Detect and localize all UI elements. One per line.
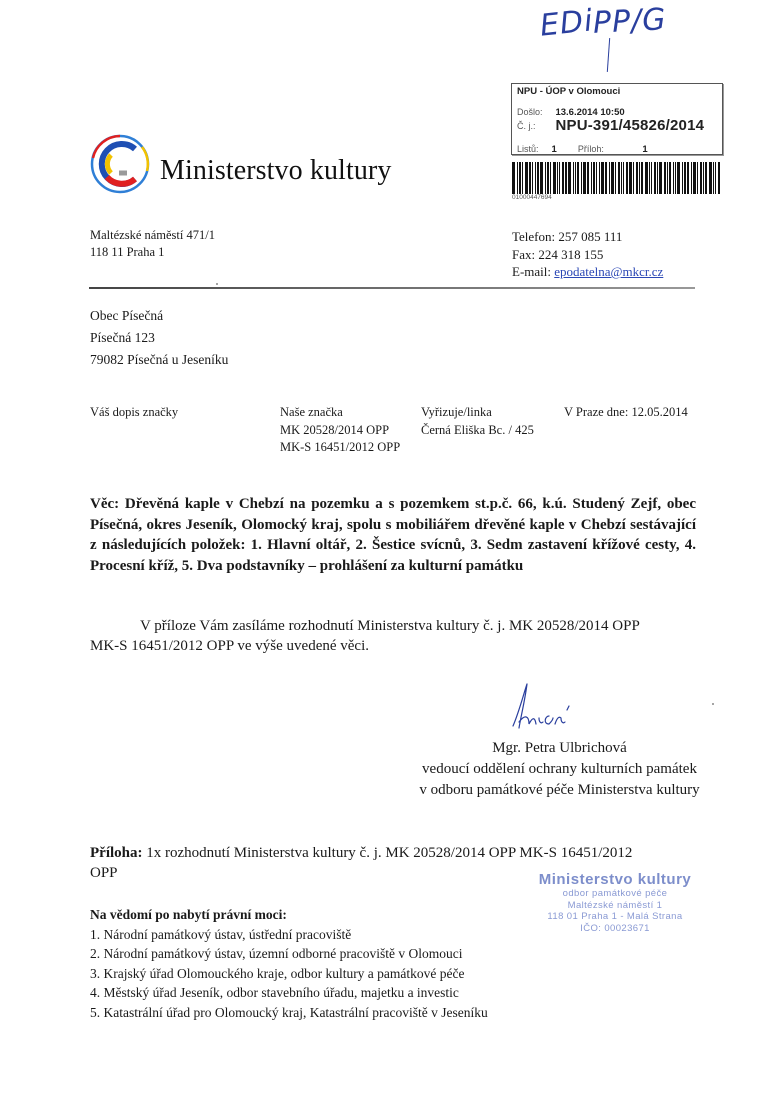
barcode-bar [697, 162, 698, 194]
barcode-bar [601, 162, 604, 194]
barcode-bar [654, 162, 656, 194]
email-row: E-mail: epodatelna@mkcr.cz [512, 263, 663, 281]
our-ref-1: MK 20528/2014 OPP [280, 422, 400, 440]
our-ref-label: Naše značka [280, 404, 400, 422]
email-link[interactable]: epodatelna@mkcr.cz [554, 264, 663, 279]
your-ref-label: Váš dopis značky [90, 404, 178, 422]
cc-list: Na vědomí po nabytí právní moci: 1. Náro… [90, 905, 488, 1022]
barcode-bar [573, 162, 574, 194]
handwritten-signature [505, 682, 575, 732]
header-divider [89, 287, 695, 289]
barcode-bar [596, 162, 597, 194]
barcode-bar [575, 162, 576, 194]
sender-address-line2: 118 11 Praha 1 [90, 244, 215, 261]
barcode-bar [664, 162, 666, 194]
subject: Věc: Dřevěná kaple v Chebzí na pozemku a… [90, 494, 696, 576]
fax: Fax: 224 318 155 [512, 246, 663, 264]
barcode-bar [547, 162, 549, 194]
email-label: E-mail: [512, 264, 554, 279]
registry-stamp: NPU - ÚOP v Olomouci Došlo: 13.6.2014 10… [511, 83, 723, 155]
cc-title: Na vědomí po nabytí právní moci: [90, 905, 488, 925]
cc-item: 3. Krajský úřad Olomouckého kraje, odbor… [90, 964, 488, 984]
barcode-bar [629, 162, 632, 194]
barcode-bar [540, 162, 543, 194]
barcode-bar [673, 162, 674, 194]
barcode-bar [718, 162, 720, 194]
stamp-attachments-label: Příloh: [578, 144, 638, 154]
stamp-sheets-value: 1 [551, 144, 573, 155]
barcode-bar [700, 162, 702, 194]
barcode-bar [675, 162, 676, 194]
barcode-bar [545, 162, 546, 194]
cc-item: 1. Národní památkový ústav, ústřední pra… [90, 925, 488, 945]
barcode-bar [583, 162, 586, 194]
barcode-number: 01000447694 [512, 194, 552, 201]
body-text: V příloze Vám zasíláme rozhodnutí Minist… [90, 616, 690, 656]
sender-address-line1: Maltézské náměstí 471/1 [90, 227, 215, 244]
barcode-bar [667, 162, 668, 194]
cc-item: 5. Katastrální úřad pro Olomoucký kraj, … [90, 1003, 488, 1023]
barcode-bar [715, 162, 716, 194]
recipient-line2: Písečná 123 [90, 327, 228, 349]
barcode-bar [693, 162, 696, 194]
barcode-bar [621, 162, 622, 194]
barcode-bar [633, 162, 634, 194]
ministry-name: Ministerstvo kultury [160, 155, 391, 187]
barcode-bar [522, 162, 523, 194]
barcode-bar [517, 162, 518, 194]
handled-by-value: Černá Eliška Bc. / 425 [421, 422, 534, 440]
barcode-bar [519, 162, 521, 194]
handwritten-note-initials: EDi [538, 3, 595, 43]
barcode-bar [684, 162, 686, 194]
dept-stamp-line1: odbor památkové péče [515, 888, 715, 900]
barcode-bar [605, 162, 607, 194]
dept-stamp-line2: Maltézské náměstí 1 [515, 900, 715, 912]
barcode-bar [532, 162, 533, 194]
barcode-bar [591, 162, 592, 194]
phone: Telefon: 257 085 111 [512, 228, 663, 246]
department-stamp: Ministerstvo kultury odbor památkové péč… [515, 871, 715, 934]
barcode-bar [618, 162, 620, 194]
ministry-logo-icon [89, 133, 151, 195]
attachment-label: Příloha: [90, 845, 143, 861]
our-ref-2: MK-S 16451/2012 OPP [280, 439, 400, 457]
dept-stamp-title: Ministerstvo kultury [515, 871, 715, 888]
letter-date: V Praze dne: 12.05.2014 [564, 404, 688, 422]
sender-address: Maltézské náměstí 471/1 118 11 Praha 1 [90, 227, 215, 261]
barcode-bar [581, 162, 582, 194]
stamp-ref-row: Č. j.: NPU-391/45826/2014 [517, 117, 704, 135]
recipient-line3: 79082 Písečná u Jeseníku [90, 349, 228, 371]
stamp-received-label: Došlo: [517, 107, 551, 117]
barcode-bar [587, 162, 589, 194]
scan-speck [712, 703, 714, 705]
barcode-bar [645, 162, 648, 194]
barcode-bar [512, 162, 515, 194]
barcode-bar [577, 162, 579, 194]
barcode-bar [659, 162, 662, 194]
barcode [512, 162, 722, 194]
barcode-bar [687, 162, 689, 194]
handled-by: Vyřizuje/linka Černá Eliška Bc. / 425 [421, 404, 534, 439]
barcode-bar [677, 162, 680, 194]
handwritten-note-department: PP/G [592, 2, 667, 41]
barcode-bar [557, 162, 558, 194]
barcode-bar [636, 162, 638, 194]
dept-stamp-line3: 118 01 Praha 1 - Malá Strana [515, 911, 715, 923]
barcode-bar [626, 162, 628, 194]
barcode-bar [691, 162, 692, 194]
body-line2: MK-S 16451/2012 OPP ve výše uvedené věci… [90, 636, 690, 656]
barcode-bar [609, 162, 610, 194]
barcode-bar [550, 162, 551, 194]
barcode-bar [615, 162, 616, 194]
our-ref: Naše značka MK 20528/2014 OPP MK-S 16451… [280, 404, 400, 457]
barcode-bar [537, 162, 539, 194]
body-line1: V příloze Vám zasíláme rozhodnutí Minist… [140, 618, 640, 634]
barcode-bar [713, 162, 714, 194]
barcode-bar [669, 162, 671, 194]
barcode-bar [535, 162, 536, 194]
barcode-bar [649, 162, 650, 194]
barcode-bar [709, 162, 712, 194]
barcode-bar [559, 162, 560, 194]
barcode-bar [639, 162, 640, 194]
stamp-sheets-label: Listů: [517, 144, 547, 154]
barcode-bar [553, 162, 556, 194]
contact-info: Telefon: 257 085 111 Fax: 224 318 155 E-… [512, 228, 663, 281]
signature-block: Mgr. Petra Ulbrichová vedoucí oddělení o… [372, 738, 747, 801]
dept-stamp-line4: IČO: 00023671 [515, 923, 715, 935]
barcode-bar [641, 162, 643, 194]
barcode-bar [593, 162, 595, 194]
recipient-address: Obec Písečná Písečná 123 79082 Písečná u… [90, 305, 228, 371]
barcode-bar [651, 162, 652, 194]
signer-title-1: vedoucí oddělení ochrany kulturních pamá… [372, 759, 747, 780]
barcode-bar [568, 162, 571, 194]
barcode-bar [623, 162, 624, 194]
stamp-ref-value: NPU-391/45826/2014 [555, 117, 704, 134]
cc-item: 4. Městský úřad Jeseník, odbor stavebníh… [90, 983, 488, 1003]
stamp-sheets-row: Listů: 1 Příloh: 1 [517, 139, 648, 157]
signer-name: Mgr. Petra Ulbrichová [372, 738, 747, 759]
barcode-bar [657, 162, 658, 194]
signer-title-2: v odboru památkové péče Ministerstva kul… [372, 780, 747, 801]
stamp-ref-label: Č. j.: [517, 121, 551, 131]
barcode-bar [599, 162, 600, 194]
stamp-organization: NPU - ÚOP v Olomouci [517, 86, 620, 97]
stamp-attachments-value: 1 [642, 144, 647, 155]
cc-item: 2. Národní památkový ústav, územní odbor… [90, 944, 488, 964]
scan-speck [216, 283, 218, 285]
barcode-bar [565, 162, 567, 194]
barcode-bar [705, 162, 707, 194]
barcode-bar [682, 162, 683, 194]
recipient-line1: Obec Písečná [90, 305, 228, 327]
barcode-bar [529, 162, 531, 194]
handled-by-label: Vyřizuje/linka [421, 404, 534, 422]
attachment-text: 1x rozhodnutí Ministerstva kultury č. j.… [143, 845, 633, 861]
handwritten-stroke [607, 38, 610, 72]
barcode-bar [525, 162, 528, 194]
barcode-bar [703, 162, 704, 194]
barcode-bar [611, 162, 614, 194]
barcode-bar [562, 162, 564, 194]
